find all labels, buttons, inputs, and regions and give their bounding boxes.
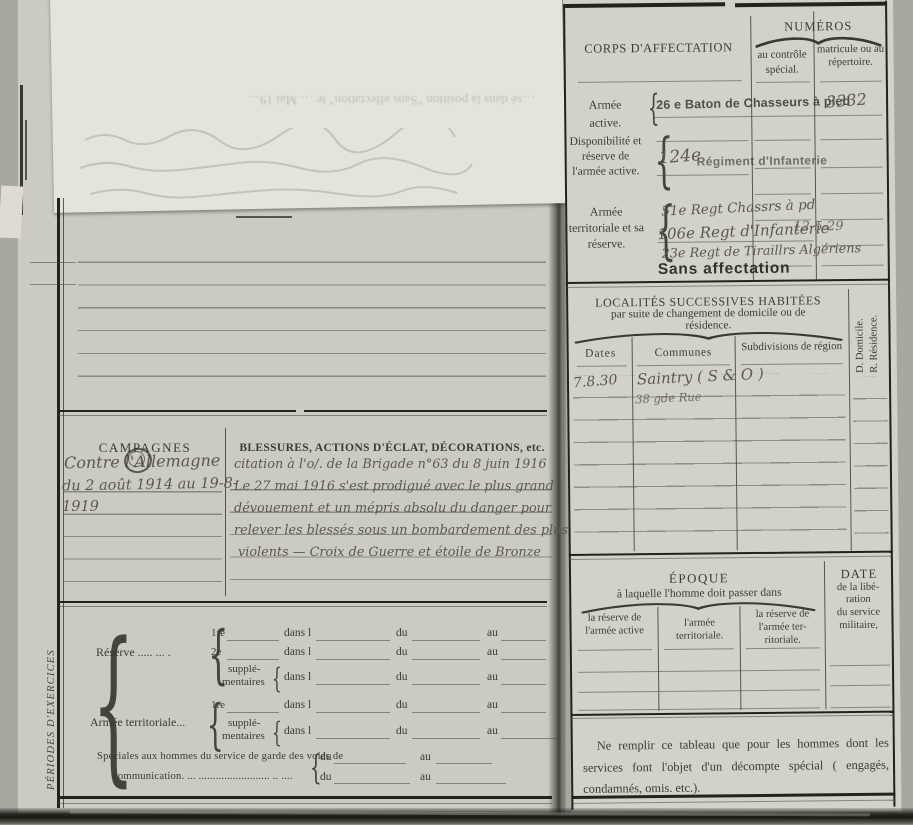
scanned-military-record: …sé dans la position "Sans affectation" … xyxy=(0,0,913,825)
header-underline xyxy=(577,365,627,367)
dans-l-label: dans l xyxy=(284,627,311,639)
blank-line xyxy=(821,167,883,169)
blank-line xyxy=(578,707,820,711)
right-page-top-border xyxy=(735,2,887,8)
au-label: au xyxy=(487,627,498,639)
matricule-header-underline xyxy=(820,81,882,83)
table-divider-thin xyxy=(569,556,893,560)
ruled-line-stub xyxy=(30,262,76,263)
blessures-entry-line5: violents — Croix de Guerre et étoile de … xyxy=(238,545,541,560)
date-col-line3: ration xyxy=(825,594,891,606)
blank-line xyxy=(830,707,890,709)
bleedthrough-mirrored-text: …sé dans la position "Sans affectation" … xyxy=(95,92,535,108)
blank-line xyxy=(227,659,279,660)
au-label: au xyxy=(487,699,498,711)
du-label: du xyxy=(396,646,408,658)
territoriale-inner-brace: { xyxy=(207,698,224,752)
armee-active-matricule: 3332 xyxy=(825,89,867,111)
localites-row1-commune-address: 38 gde Rue xyxy=(635,389,702,406)
ruled-line-stub xyxy=(30,284,76,285)
blank-line xyxy=(820,139,882,141)
section-divider xyxy=(58,601,547,603)
dates-column-header: Dates xyxy=(573,347,629,360)
blank-line xyxy=(412,659,480,660)
au-label: au xyxy=(420,751,431,763)
blank-line xyxy=(656,140,748,142)
localites-dr-row-lines xyxy=(853,377,889,551)
epoque-col-divider xyxy=(657,607,659,711)
blessures-entry-line1: citation à l'o/. de la Brigade n°63 du 8… xyxy=(234,457,547,472)
terr-entry-1: 51e Regt Chassrs à pd xyxy=(661,197,816,220)
supp-brace: { xyxy=(272,665,282,693)
blank-line xyxy=(578,669,820,673)
subdivisions-column-header: Subdivisions de région xyxy=(739,339,845,354)
residence-column-label: R. Résidence. xyxy=(868,293,880,373)
left-page-bottom-border xyxy=(58,796,552,799)
du-label: du xyxy=(396,671,408,683)
armee-active-label: Armée active. xyxy=(574,95,636,132)
blank-line xyxy=(501,712,546,713)
right-page: NUMÉROS CORPS D'AFFECTATION au contrôle … xyxy=(563,0,902,815)
blank-line xyxy=(501,684,546,685)
blank-line xyxy=(755,167,811,169)
section-divider-thin xyxy=(58,415,547,416)
blank-line xyxy=(830,685,890,687)
blank-line xyxy=(334,763,406,764)
header-underline xyxy=(578,649,652,651)
armee-active-entry: 26 e Baton de Chasseurs à pied xyxy=(656,94,851,112)
matricule-column-header: matricule ou au répertoire. xyxy=(816,43,884,71)
supplementaires-label: supplé- xyxy=(228,717,260,729)
campagnes-entry-line2: du 2 août 1914 au 19-8- xyxy=(62,475,238,494)
section-divider xyxy=(58,410,296,412)
au-label: au xyxy=(487,725,498,737)
blank-line xyxy=(754,139,810,141)
au-label: au xyxy=(487,646,498,658)
controle-column-header: au contrôle spécial. xyxy=(753,47,812,78)
supplementaires-label: mentaires xyxy=(222,730,265,742)
binding-edge-mark xyxy=(25,120,27,180)
left-page-border xyxy=(57,198,60,808)
blank-line xyxy=(501,659,546,660)
du-label: du xyxy=(320,771,332,783)
dans-l-label: dans l xyxy=(284,646,311,658)
blessures-title: BLESSURES, ACTIONS D'ÉCLAT, DÉCORATIONS,… xyxy=(231,441,553,454)
decompte-note: Ne remplir ce tableau que pour les homme… xyxy=(583,733,890,801)
campagnes-entry-line3: 1919 xyxy=(62,499,99,515)
dispo-entry-number: 124e xyxy=(658,145,702,168)
localites-row-lines xyxy=(573,373,847,554)
reserve-label: Réserve ..... ... . xyxy=(96,645,171,660)
epoque-col-divider xyxy=(739,606,741,710)
blank-line xyxy=(822,265,884,267)
blank-line xyxy=(436,763,492,764)
terr-entry-2-date: 12-5-29 xyxy=(793,219,843,235)
blank-line xyxy=(412,712,480,713)
communes-column-header: Communes xyxy=(635,346,732,359)
blank-line xyxy=(227,640,279,641)
localites-dr-divider xyxy=(848,289,852,551)
blank-line xyxy=(227,712,279,713)
blank-line xyxy=(316,712,390,713)
section-dash xyxy=(236,216,292,218)
epoque-col2-header: l'armée territoriale. xyxy=(661,616,737,643)
territoriale-reserve-label: Armée territoriale et sa réserve. xyxy=(567,203,646,252)
supplementaires-label: supplé- xyxy=(228,663,260,675)
blank-line xyxy=(334,783,410,784)
ruled-lines-blank xyxy=(78,240,546,392)
du-label: du xyxy=(396,725,408,737)
blank-line xyxy=(316,640,390,641)
bleedthrough-scribble xyxy=(80,128,520,208)
blank-line xyxy=(657,174,749,176)
header-underline xyxy=(746,647,820,649)
dispo-entry-stamp: Régiment d'Infanterie xyxy=(697,153,828,168)
header-underline xyxy=(664,648,734,650)
blessures-entry-line2: Le 27 mai 1916 s'est prodigué avec le pl… xyxy=(234,479,554,494)
epoque-col1-header: la réserve de l'armée active xyxy=(573,611,655,638)
periodes-side-label: PÉRIODES D'EXERCICES xyxy=(46,626,57,790)
au-label: au xyxy=(420,771,431,783)
corps-header-underline xyxy=(578,80,742,83)
domicile-column-label: D. Domicile. xyxy=(854,293,866,373)
blank-line xyxy=(412,640,480,641)
dans-l-label: dans l xyxy=(284,699,311,711)
periode-row-ordinal: 2e xyxy=(211,646,221,658)
dans-l-label: dans l xyxy=(284,725,311,737)
left-page-bottom-border-thin xyxy=(58,803,552,804)
date-col-line5: militaire, xyxy=(826,620,892,632)
controle-header-underline xyxy=(756,81,810,83)
right-page-top-border xyxy=(565,2,725,8)
paper-sliver xyxy=(0,185,23,238)
blank-line xyxy=(412,684,480,685)
date-col-line4: du service xyxy=(825,607,891,619)
speciales-label-line1: Spéciales aux hommes du service de garde… xyxy=(97,751,343,762)
numeros-header: NUMÉROS xyxy=(750,19,886,35)
date-col-title: DATE xyxy=(827,567,891,583)
blank-line xyxy=(316,659,390,660)
armee-active-entry-line xyxy=(654,115,882,118)
territoriale-label: Armée territoriale... xyxy=(90,715,185,730)
blank-line xyxy=(436,783,506,784)
blank-line xyxy=(501,738,561,739)
dans-l-label: dans l xyxy=(284,671,311,683)
blessures-entry-line4: relever les blessés sous un bombardement… xyxy=(234,523,568,538)
blank-line xyxy=(316,738,390,739)
blank-line xyxy=(501,640,546,641)
campagnes-blessures-divider xyxy=(225,428,226,596)
ink-scribble xyxy=(128,451,145,467)
blank-line xyxy=(412,738,480,739)
blank-line xyxy=(578,689,820,693)
du-label: du xyxy=(320,751,332,763)
du-label: du xyxy=(396,627,408,639)
du-label: du xyxy=(396,699,408,711)
epoque-col3-header: la réserve de l'armée ter- ritoriale. xyxy=(743,607,821,648)
table-divider-thin xyxy=(566,284,890,288)
periode-row-ordinal: 1re xyxy=(211,627,225,639)
section-divider xyxy=(304,410,547,412)
speciales-label-line2: communication. ... .....................… xyxy=(113,771,293,782)
blank-line xyxy=(821,193,883,195)
blessures-entry-line3: dévouement et un mépris absolu du danger… xyxy=(234,501,551,516)
dispo-label: Disponibilité et réserve de l'armée acti… xyxy=(566,133,644,179)
corps-header: CORPS D'AFFECTATION xyxy=(571,40,745,57)
blank-line xyxy=(755,193,811,195)
au-label: au xyxy=(487,671,498,683)
sans-affectation-stamp: Sans affectation xyxy=(658,260,791,279)
supplementaires-label: mentaires xyxy=(222,676,265,688)
blank-line xyxy=(830,665,890,667)
supp-brace: { xyxy=(272,719,282,747)
epoque-subtitle: à laquelle l'homme doit passer dans xyxy=(579,585,819,601)
date-col-line2: de la libé- xyxy=(825,582,891,594)
blank-line xyxy=(316,684,390,685)
